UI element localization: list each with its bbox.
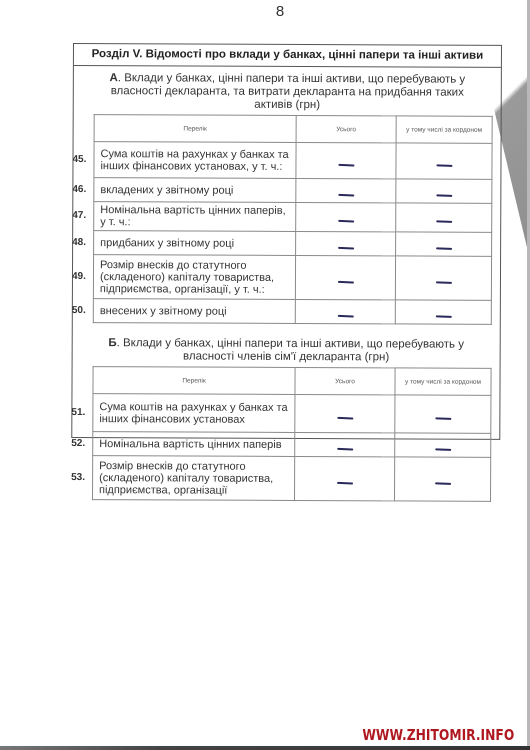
value-cell-total[interactable] [295,299,395,323]
value-cell-total[interactable] [295,394,395,432]
value-cell-total[interactable] [296,142,396,178]
row-label-cell: 48.придбаних у звітному році [94,231,296,256]
section-v-box: Розділ V. Відомості про вклади у банках,… [71,43,502,440]
row-label-cell: 50.внесених у звітному році [93,299,295,324]
value-cell-total[interactable] [296,231,396,255]
row-number: 46. [72,183,86,195]
row-label-cell: 49.Розмір внесків до статутного (складен… [93,255,295,300]
handwritten-dash [435,417,451,419]
handwritten-dash [436,247,452,249]
row-label: внесених у звітному році [100,305,227,318]
table-row: 51.Сума коштів на рахунках у банках та і… [93,394,491,434]
row-number: 53. [71,471,85,483]
value-cell-abroad[interactable] [395,457,491,501]
row-number: 48. [72,236,86,248]
part-a-letter: А [109,72,117,84]
row-label: Сума коштів на рахунках у банках та інши… [99,401,287,426]
value-cell-abroad[interactable] [396,143,492,179]
handwritten-dash [338,164,354,166]
row-label-cell: 45.Сума коштів на рахунках у банках та і… [94,142,296,179]
value-cell-abroad[interactable] [395,300,491,324]
watermark: WWW.ZHITOMIR.INFO [362,726,514,744]
handwritten-dash [435,281,451,283]
value-cell-total[interactable] [296,178,396,202]
part-a-table: Перелік Усього у тому числі за кордоном … [93,114,493,325]
handwritten-dash [435,482,451,484]
handwritten-dash [337,417,353,419]
header-total: Усього [296,115,396,142]
handwritten-dash [338,220,354,222]
value-cell-abroad[interactable] [395,256,491,300]
handwritten-dash [337,482,353,484]
row-label: Сума коштів на рахунках у банках та інши… [100,148,288,173]
table-row: 50.внесених у звітному році [93,299,491,325]
row-number: 51. [71,406,85,418]
table-header-row: Перелік Усього у тому числі за кордоном [94,115,492,144]
table-row: 47.Номінальна вартість цінних паперів, у… [94,202,492,233]
part-a-subtitle: А. Вклади у банках, цінні папери та інші… [74,66,501,116]
row-number: 45. [72,153,86,165]
header-total: Усього [295,367,395,394]
row-number: 47. [72,210,86,222]
table-header-row: Перелік Усього у тому числі за кордоном [93,367,491,396]
handwritten-dash [337,281,353,283]
table-row: 53.Розмір внесків до статутного (складен… [93,456,491,502]
page-bottom-edge [0,746,530,750]
value-cell-abroad[interactable] [396,232,492,256]
part-b-letter: Б [108,337,116,349]
table-row: 49.Розмір внесків до статутного (складен… [93,255,491,301]
row-number: 50. [72,304,86,316]
table-row: 45.Сума коштів на рахунках у банках та і… [94,142,492,180]
handwritten-dash [338,247,354,249]
value-cell-abroad[interactable] [395,433,491,457]
header-name: Перелік [94,115,296,143]
row-label: Номінальна вартість цінних паперів [99,438,281,451]
row-label-cell: 51.Сума коштів на рахунках у банках та і… [93,394,295,433]
handwritten-dash [337,448,353,450]
value-cell-total[interactable] [296,202,396,231]
handwritten-dash [435,448,451,450]
row-label-cell: 47.Номінальна вартість цінних паперів, у… [94,202,296,232]
row-number: 49. [72,270,86,282]
part-b-subtitle: Б. Вклади у банках, цінні папери та інші… [73,323,500,368]
row-label: Розмір внесків до статутного (складеного… [100,259,274,296]
handwritten-dash [436,164,452,166]
header-abroad: у тому числі за кордоном [395,368,491,395]
part-b-table-wrap: Перелік Усього у тому числі за кордоном … [92,366,491,502]
page-number: 8 [0,3,530,20]
value-cell-total[interactable] [295,456,395,500]
value-cell-total[interactable] [295,255,395,299]
row-label: придбаних у звітному році [100,237,234,250]
part-a-table-wrap: Перелік Усього у тому числі за кордоном … [93,114,492,325]
header-name: Перелік [93,367,295,395]
handwritten-dash [337,315,353,317]
handwritten-dash [338,194,354,196]
value-cell-abroad[interactable] [395,395,491,433]
value-cell-abroad[interactable] [396,203,492,232]
row-label: вкладених у звітному році [100,184,233,197]
handwritten-dash [436,194,452,196]
row-label-cell: 46.вкладених у звітному році [94,178,296,203]
value-cell-total[interactable] [295,432,395,456]
table-row: 46.вкладених у звітному році [94,178,492,204]
row-label: Розмір внесків до статутного (складеного… [99,460,273,497]
value-cell-abroad[interactable] [396,179,492,203]
row-label: Номінальна вартість цінних паперів, у т.… [100,204,285,228]
row-label-cell: 53.Розмір внесків до статутного (складен… [93,456,295,501]
handwritten-dash [435,315,451,317]
row-number: 52. [71,437,85,449]
table-row: 48.придбаних у звітному році [94,231,492,257]
table-row: 52.Номінальна вартість цінних паперів [93,432,491,458]
part-b-table: Перелік Усього у тому числі за кордоном … [92,366,492,502]
handwritten-dash [436,221,452,223]
header-abroad: у тому числі за кордоном [396,116,492,143]
row-label-cell: 52.Номінальна вартість цінних паперів [93,432,295,457]
section-title: Розділ V. Відомості про вклади у банках,… [74,44,501,68]
